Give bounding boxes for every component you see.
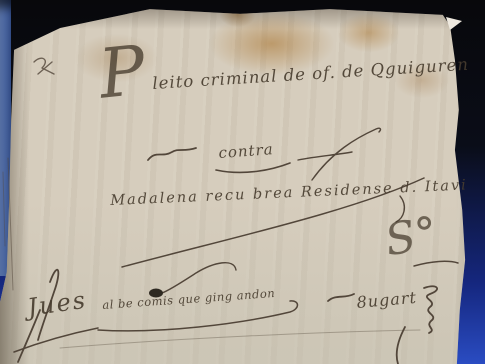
contra-line: contra [218,142,274,161]
rubric-mark: S° [382,211,441,263]
title-initial-letter: P [96,37,149,109]
photo-stage: P leito criminal de of. de Qguiguren con… [0,0,485,364]
